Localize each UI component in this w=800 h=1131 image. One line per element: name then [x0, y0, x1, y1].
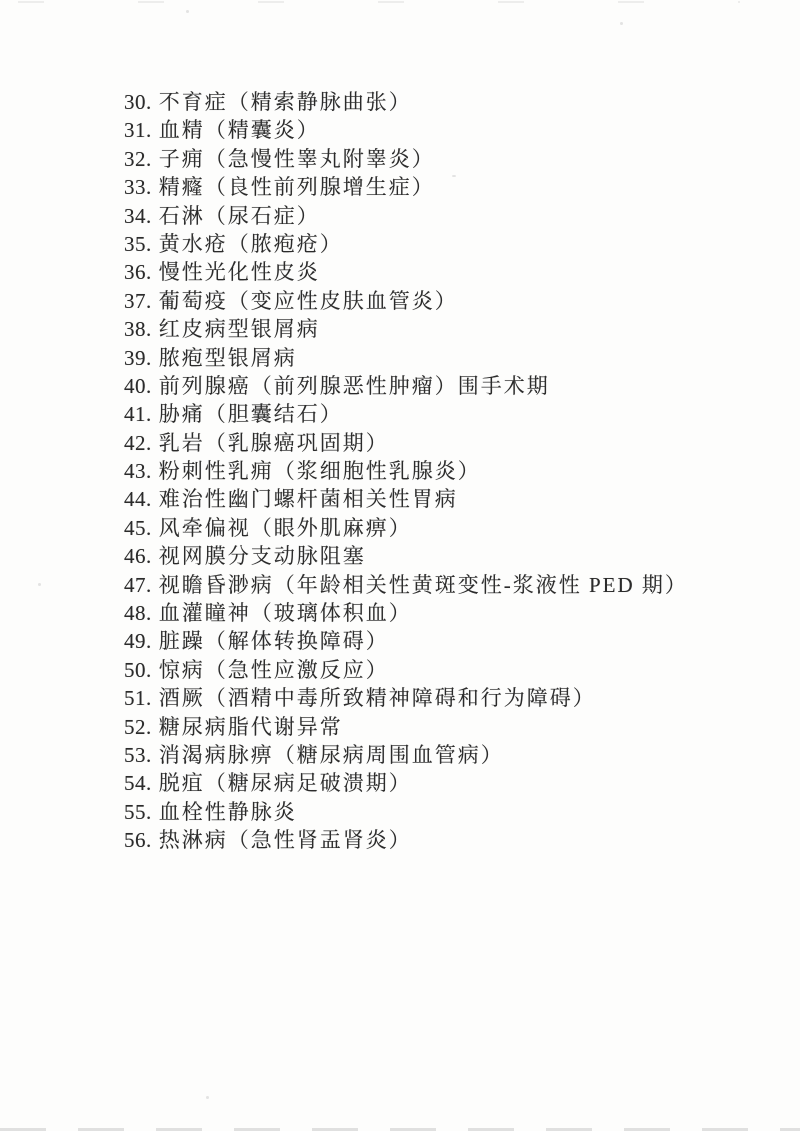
item-number: 37. — [124, 287, 152, 315]
list-item: 38.红皮病型银屑病 — [124, 315, 688, 343]
scan-speck — [38, 583, 41, 586]
list-item: 39.脓疱型银屑病 — [124, 344, 688, 372]
item-number: 33. — [124, 173, 152, 201]
scan-speck — [620, 22, 623, 25]
item-number: 47. — [124, 571, 152, 599]
item-text: 糖尿病脂代谢异常 — [159, 715, 343, 739]
item-text: 乳岩（乳腺癌巩固期） — [159, 431, 389, 455]
item-text: 胁痛（胆囊结石） — [159, 402, 343, 426]
item-number: 45. — [124, 514, 152, 542]
item-text: 黄水疮（脓疱疮） — [159, 232, 343, 256]
list-item: 34.石淋（尿石症） — [124, 202, 688, 230]
item-text: 子痈（急慢性睾丸附睾炎） — [159, 147, 435, 171]
item-text: 视瞻昏渺病（年龄相关性黄斑变性-浆液性 PED 期） — [159, 573, 688, 597]
scan-speck — [206, 1096, 209, 1099]
list-item: 41.胁痛（胆囊结石） — [124, 400, 688, 428]
item-text: 视网膜分支动脉阻塞 — [159, 544, 366, 568]
list-item: 44.难治性幽门螺杆菌相关性胃病 — [124, 485, 688, 513]
item-text: 石淋（尿石症） — [159, 204, 320, 228]
item-number: 55. — [124, 798, 152, 826]
list-item: 52.糖尿病脂代谢异常 — [124, 713, 688, 741]
list-item: 53.消渴病脉痹（糖尿病周围血管病） — [124, 741, 688, 769]
item-number: 53. — [124, 741, 152, 769]
list-item: 43.粉刺性乳痈（浆细胞性乳腺炎） — [124, 457, 688, 485]
list-item: 32.子痈（急慢性睾丸附睾炎） — [124, 145, 688, 173]
item-number: 52. — [124, 713, 152, 741]
item-text: 脓疱型银屑病 — [159, 346, 297, 370]
item-text: 血灌瞳神（玻璃体积血） — [159, 601, 412, 625]
scanned-page: 30.不育症（精索静脉曲张）31.血精（精囊炎）32.子痈（急慢性睾丸附睾炎）3… — [0, 0, 800, 1131]
item-text: 红皮病型银屑病 — [159, 317, 320, 341]
item-text: 脱疽（糖尿病足破溃期） — [159, 771, 412, 795]
scan-speck — [186, 10, 189, 13]
list-item: 51.酒厥（酒精中毒所致精神障碍和行为障碍） — [124, 684, 688, 712]
item-text: 慢性光化性皮炎 — [159, 260, 320, 284]
item-number: 54. — [124, 769, 152, 797]
disease-list: 30.不育症（精索静脉曲张）31.血精（精囊炎）32.子痈（急慢性睾丸附睾炎）3… — [124, 88, 688, 855]
item-text: 消渴病脉痹（糖尿病周围血管病） — [159, 743, 504, 767]
item-text: 脏躁（解体转换障碍） — [159, 629, 389, 653]
item-text: 精癃（良性前列腺增生症） — [159, 175, 435, 199]
item-text: 酒厥（酒精中毒所致精神障碍和行为障碍） — [159, 686, 596, 710]
list-item: 45.风牵偏视（眼外肌麻痹） — [124, 514, 688, 542]
item-number: 39. — [124, 344, 152, 372]
list-item: 56.热淋病（急性肾盂肾炎） — [124, 826, 688, 854]
item-text: 风牵偏视（眼外肌麻痹） — [159, 516, 412, 540]
item-number: 50. — [124, 656, 152, 684]
item-number: 32. — [124, 145, 152, 173]
item-number: 30. — [124, 88, 152, 116]
item-text: 血精（精囊炎） — [159, 118, 320, 142]
item-number: 36. — [124, 258, 152, 286]
item-number: 41. — [124, 400, 152, 428]
item-number: 35. — [124, 230, 152, 258]
item-number: 49. — [124, 627, 152, 655]
item-text: 粉刺性乳痈（浆细胞性乳腺炎） — [159, 459, 481, 483]
list-item: 46.视网膜分支动脉阻塞 — [124, 542, 688, 570]
list-item: 33.精癃（良性前列腺增生症） — [124, 173, 688, 201]
list-item: 47.视瞻昏渺病（年龄相关性黄斑变性-浆液性 PED 期） — [124, 571, 688, 599]
item-number: 51. — [124, 684, 152, 712]
item-number: 42. — [124, 429, 152, 457]
item-number: 31. — [124, 116, 152, 144]
list-item: 40.前列腺癌（前列腺恶性肿瘤）围手术期 — [124, 372, 688, 400]
item-number: 48. — [124, 599, 152, 627]
item-text: 惊病（急性应激反应） — [159, 658, 389, 682]
list-item: 37.葡萄疫（变应性皮肤血管炎） — [124, 287, 688, 315]
item-number: 34. — [124, 202, 152, 230]
item-number: 46. — [124, 542, 152, 570]
item-text: 热淋病（急性肾盂肾炎） — [159, 828, 412, 852]
item-text: 不育症（精索静脉曲张） — [159, 90, 412, 114]
list-item: 30.不育症（精索静脉曲张） — [124, 88, 688, 116]
item-number: 38. — [124, 315, 152, 343]
list-item: 49.脏躁（解体转换障碍） — [124, 627, 688, 655]
list-item: 42.乳岩（乳腺癌巩固期） — [124, 429, 688, 457]
item-text: 难治性幽门螺杆菌相关性胃病 — [159, 487, 458, 511]
item-text: 血栓性静脉炎 — [159, 800, 297, 824]
list-item: 31.血精（精囊炎） — [124, 116, 688, 144]
list-item: 54.脱疽（糖尿病足破溃期） — [124, 769, 688, 797]
item-text: 葡萄疫（变应性皮肤血管炎） — [159, 289, 458, 313]
item-number: 43. — [124, 457, 152, 485]
list-item: 36.慢性光化性皮炎 — [124, 258, 688, 286]
item-number: 56. — [124, 826, 152, 854]
scan-edge-artifact-top — [18, 1, 740, 3]
list-item: 55.血栓性静脉炎 — [124, 798, 688, 826]
list-item: 35.黄水疮（脓疱疮） — [124, 230, 688, 258]
item-text: 前列腺癌（前列腺恶性肿瘤）围手术期 — [159, 374, 550, 398]
item-number: 44. — [124, 485, 152, 513]
list-item: 48.血灌瞳神（玻璃体积血） — [124, 599, 688, 627]
item-number: 40. — [124, 372, 152, 400]
list-item: 50.惊病（急性应激反应） — [124, 656, 688, 684]
